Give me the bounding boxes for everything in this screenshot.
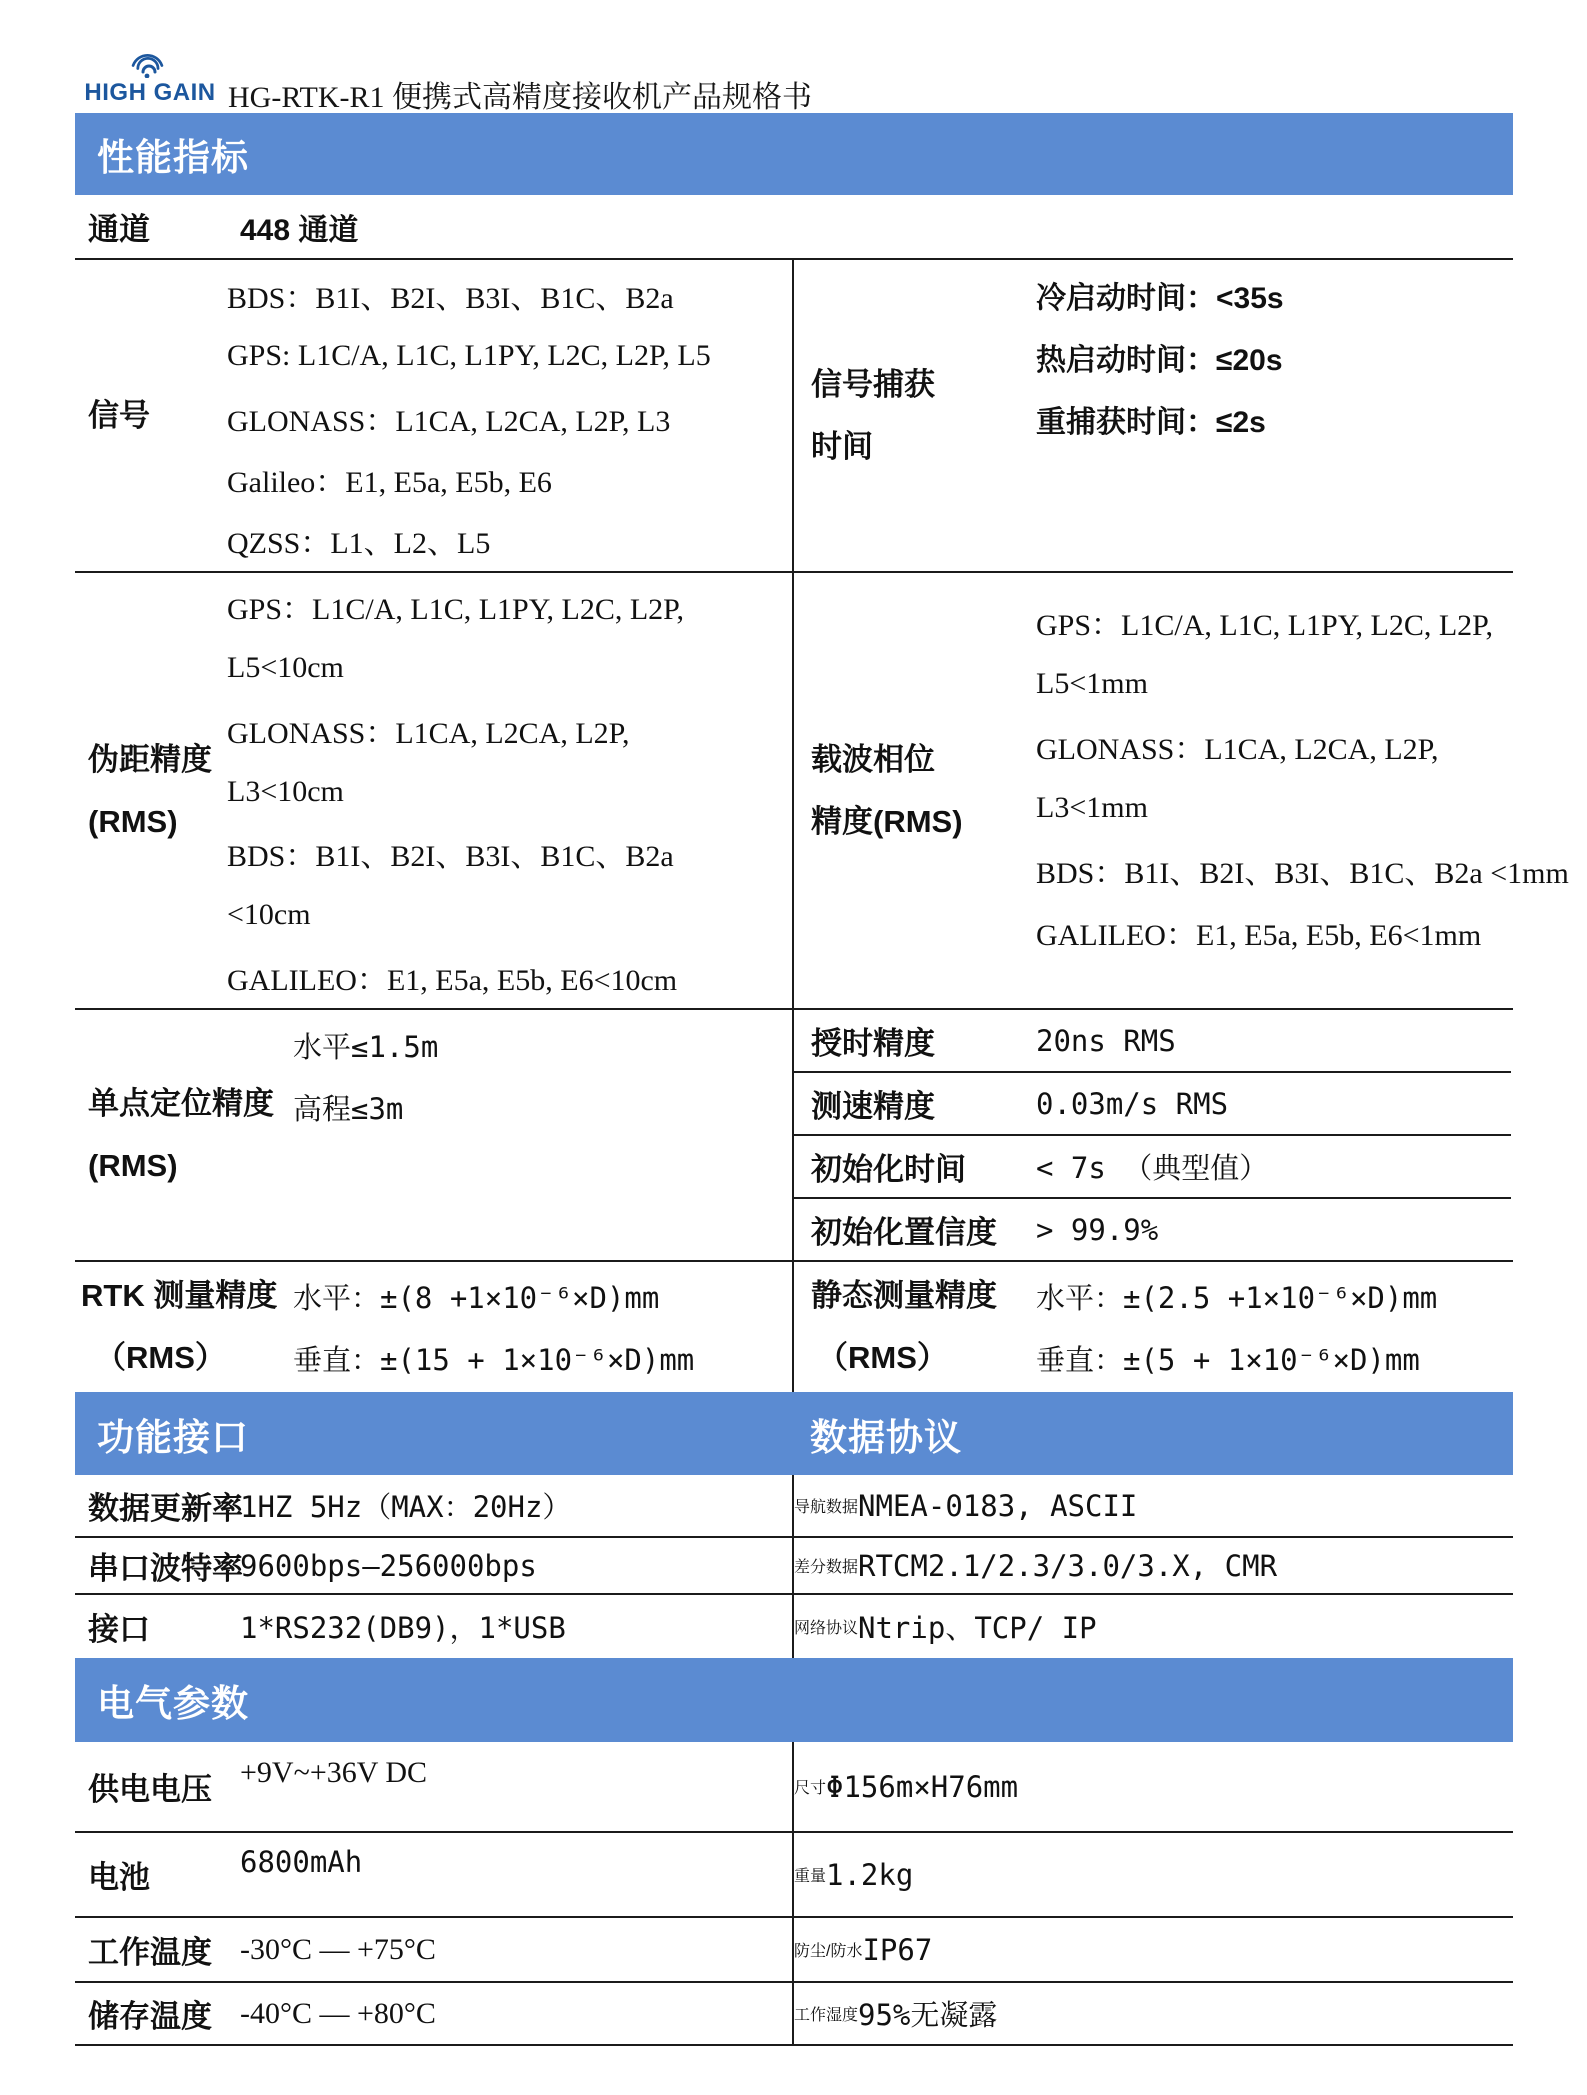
signal-line: Galileo：E1, E5a, E5b, E6 (227, 448, 711, 509)
dimensions-value: Φ156m×H76mm (826, 1770, 1018, 1804)
rtk-values: 水平：±(8 +1×10⁻⁶×D)mm 垂直：±(15 + 1×10⁻⁶×D)m… (293, 1262, 694, 1392)
humidity-label: 工作湿度 (794, 2002, 858, 2025)
channel-label: 通道 (75, 204, 240, 249)
spp-label-line1: 单点定位精度 (88, 1073, 293, 1135)
static-values: 水平：±(2.5 +1×10⁻⁶×D)mm 垂直：±(5 + 1×10⁻⁶×D)… (1036, 1262, 1437, 1392)
acquisition-line: 重捕获时间：≤2s (1036, 388, 1284, 450)
static-label-line1: 静态测量精度 (811, 1265, 1036, 1327)
section-heading-interface: 功能接口 (97, 1407, 249, 1461)
pseudorange-line: GPS：L1C/A, L1C, L1PY, L2C, L2P, (227, 575, 684, 637)
carrier-phase-line: GLONASS：L1CA, L2CA, L2P, (1036, 715, 1569, 777)
section-band-interface: 功能接口 数据协议 (75, 1392, 1513, 1475)
pseudorange-line: L5<10cm (227, 637, 684, 699)
pseudorange-line: BDS：B1I、B2I、B3I、B1C、B2a (227, 822, 684, 884)
update-rate-value: 1HZ 5Hz（MAX：20Hz） (240, 1485, 571, 1526)
section-band-performance: 性能指标 (75, 113, 1513, 195)
acquisition-line: 热启动时间：≤20s (1036, 326, 1284, 388)
pseudorange-label-line2: (RMS) (88, 791, 227, 853)
row-operating-temp: 工作温度 -30°C — +75°C 防尘/防水 IP67 (75, 1918, 1513, 1983)
init-confidence-label: 初始化置信度 (794, 1207, 1036, 1252)
humidity-value: 95%无凝露 (858, 1993, 997, 2034)
static-label-line2: （RMS） (811, 1327, 1036, 1389)
storage-temp-value: -40°C — +80°C (240, 1997, 436, 2031)
weight-label: 重量 (794, 1863, 826, 1886)
timing-subtable: 授时精度 20ns RMS 测速精度 0.03m/s RMS 初始化时间 < 7… (794, 1010, 1511, 1260)
wifi-icon (121, 52, 179, 78)
row-storage-temp: 储存温度 -40°C — +80°C 工作湿度 95%无凝露 (75, 1983, 1513, 2046)
channel-value: 448 通道 (240, 205, 358, 249)
carrier-phase-line: GPS：L1C/A, L1C, L1PY, L2C, L2P, (1036, 591, 1569, 653)
init-confidence-value: > 99.9% (1036, 1213, 1158, 1247)
signal-line: QZSS：L1、L2、L5 (227, 510, 711, 571)
carrier-phase-line: BDS：B1I、B2I、B3I、B1C、B2a <1mm (1036, 839, 1569, 901)
init-time-label: 初始化时间 (794, 1144, 1036, 1189)
row-pseudorange: 伪距精度 (RMS) GPS：L1C/A, L1C, L1PY, L2C, L2… (75, 573, 1513, 1010)
signal-lines: BDS：B1I、B2I、B3I、B1C、B2a GPS: L1C/A, L1C,… (227, 260, 711, 571)
baud-rate-label: 串口波特率 (75, 1543, 240, 1588)
dimensions-label: 尺寸 (794, 1775, 826, 1798)
section-heading-electrical: 电气参数 (97, 1673, 249, 1727)
ip-rating-label: 防尘/防水 (794, 1938, 862, 1961)
row-ports: 接口 1*RS232(DB9)，1*USB 网络协议 Ntrip、TCP/ IP (75, 1595, 1513, 1658)
brand-logo: HIGH GAIN (75, 52, 225, 107)
operating-temp-value: -30°C — +75°C (240, 1933, 436, 1967)
row-channel: 通道 448 通道 (75, 195, 1513, 260)
spec-sheet-page: HIGH GAIN HG-RTK-R1 便携式高精度接收机产品规格书 性能指标 … (0, 0, 1587, 2095)
pseudorange-line: GALILEO：E1, E5a, E5b, E6<10cm (227, 946, 684, 1008)
pseudorange-line: GLONASS：L1CA, L2CA, L2P, (227, 699, 684, 761)
signal-line: GLONASS：L1CA, L2CA, L2P, L3 (227, 387, 711, 448)
supply-voltage-value: +9V~+36V DC (240, 1756, 427, 1790)
row-battery: 电池 6800mAh 重量 1.2kg (75, 1833, 1513, 1918)
page-title: HG-RTK-R1 便携式高精度接收机产品规格书 (228, 72, 812, 116)
carrier-phase-label-line1: 载波相位 (811, 729, 1036, 791)
spp-values: 水平≤1.5m 高程≤3m (293, 1010, 438, 1260)
row-rtk: RTK 测量精度 （RMS） 水平：±(8 +1×10⁻⁶×D)mm 垂直：±(… (75, 1262, 1513, 1392)
pseudorange-line: <10cm (227, 884, 684, 946)
spp-line: 高程≤3m (293, 1076, 438, 1138)
spec-table: 性能指标 通道 448 通道 信号 BDS：B1I、B2I、B3I、B1C、B2… (75, 113, 1513, 2046)
ports-label: 接口 (75, 1604, 240, 1649)
rtk-line: 水平：±(8 +1×10⁻⁶×D)mm (293, 1265, 694, 1327)
static-line: 水平：±(2.5 +1×10⁻⁶×D)mm (1036, 1265, 1437, 1327)
timing-accuracy-value: 20ns RMS (1036, 1024, 1176, 1058)
ports-value: 1*RS232(DB9)，1*USB (240, 1606, 566, 1647)
carrier-phase-line: L5<1mm (1036, 653, 1569, 715)
velocity-accuracy-value: 0.03m/s RMS (1036, 1087, 1228, 1121)
spp-line: 水平≤1.5m (293, 1014, 438, 1076)
carrier-phase-label-line2: 精度(RMS) (811, 791, 1036, 853)
rtk-line: 垂直：±(15 + 1×10⁻⁶×D)mm (293, 1327, 694, 1389)
acquisition-label-line1: 信号捕获 (811, 354, 1036, 416)
nav-data-value: NMEA-0183, ASCII (858, 1489, 1137, 1523)
ip-rating-value: IP67 (862, 1933, 932, 1967)
acquisition-values: 冷启动时间：<35s 热启动时间：≤20s 重捕获时间：≤2s (1036, 260, 1284, 571)
spp-label-line2: (RMS) (88, 1135, 293, 1197)
diff-data-label: 差分数据 (794, 1554, 858, 1577)
row-signal: 信号 BDS：B1I、B2I、B3I、B1C、B2a GPS: L1C/A, L… (75, 260, 1513, 573)
carrier-phase-line: L3<1mm (1036, 777, 1569, 839)
section-heading-protocol: 数据协议 (810, 1407, 962, 1461)
init-time-value: < 7s （典型值） (1036, 1146, 1268, 1187)
rtk-label-line1: RTK 测量精度 (81, 1265, 293, 1327)
pseudorange-label-line1: 伪距精度 (88, 729, 227, 791)
subrow-timing-accuracy: 授时精度 20ns RMS (794, 1010, 1511, 1073)
carrier-phase-lines: GPS：L1C/A, L1C, L1PY, L2C, L2P, L5<1mm G… (1036, 573, 1569, 1008)
subrow-velocity-accuracy: 测速精度 0.03m/s RMS (794, 1073, 1511, 1136)
signal-label: 信号 (88, 385, 227, 447)
diff-data-value: RTCM2.1/2.3/3.0/3.X, CMR (858, 1549, 1277, 1583)
operating-temp-label: 工作温度 (75, 1927, 240, 1972)
document-header: HIGH GAIN HG-RTK-R1 便携式高精度接收机产品规格书 (75, 22, 1513, 113)
acquisition-label-line2: 时间 (811, 416, 1036, 478)
update-rate-label: 数据更新率 (75, 1483, 240, 1528)
row-baud-rate: 串口波特率 9600bps—256000bps 差分数据 RTCM2.1/2.3… (75, 1538, 1513, 1595)
network-protocol-label: 网络协议 (794, 1615, 858, 1638)
carrier-phase-line: GALILEO：E1, E5a, E5b, E6<1mm (1036, 901, 1569, 963)
subrow-init-confidence: 初始化置信度 > 99.9% (794, 1199, 1511, 1260)
supply-voltage-label: 供电电压 (75, 1764, 240, 1809)
subrow-init-time: 初始化时间 < 7s （典型值） (794, 1136, 1511, 1199)
baud-rate-value: 9600bps—256000bps (240, 1549, 537, 1583)
nav-data-label: 导航数据 (794, 1494, 858, 1517)
network-protocol-value: Ntrip、TCP/ IP (858, 1606, 1097, 1647)
timing-accuracy-label: 授时精度 (794, 1018, 1036, 1063)
signal-line: GPS: L1C/A, L1C, L1PY, L2C, L2P, L5 (227, 325, 711, 386)
pseudorange-line: L3<10cm (227, 761, 684, 823)
pseudorange-lines: GPS：L1C/A, L1C, L1PY, L2C, L2P, L5<10cm … (227, 573, 684, 1008)
battery-label: 电池 (75, 1852, 240, 1897)
row-update-rate: 数据更新率 1HZ 5Hz（MAX：20Hz） 导航数据 NMEA-0183, … (75, 1475, 1513, 1538)
storage-temp-label: 储存温度 (75, 1991, 240, 2036)
row-single-point: 单点定位精度 (RMS) 水平≤1.5m 高程≤3m 授时精度 20ns RMS… (75, 1010, 1513, 1262)
section-heading-performance: 性能指标 (97, 127, 249, 181)
acquisition-line: 冷启动时间：<35s (1036, 264, 1284, 326)
section-band-electrical: 电气参数 (75, 1658, 1513, 1742)
signal-line: BDS：B1I、B2I、B3I、B1C、B2a (227, 264, 711, 325)
weight-value: 1.2kg (826, 1858, 913, 1892)
row-supply-voltage: 供电电压 +9V~+36V DC 尺寸 Φ156m×H76mm (75, 1742, 1513, 1833)
rtk-label-line2: （RMS） (81, 1327, 293, 1389)
battery-value: 6800mAh (240, 1845, 362, 1879)
velocity-accuracy-label: 测速精度 (794, 1081, 1036, 1126)
static-line: 垂直：±(5 + 1×10⁻⁶×D)mm (1036, 1327, 1437, 1389)
logo-text: HIGH GAIN (84, 79, 215, 106)
